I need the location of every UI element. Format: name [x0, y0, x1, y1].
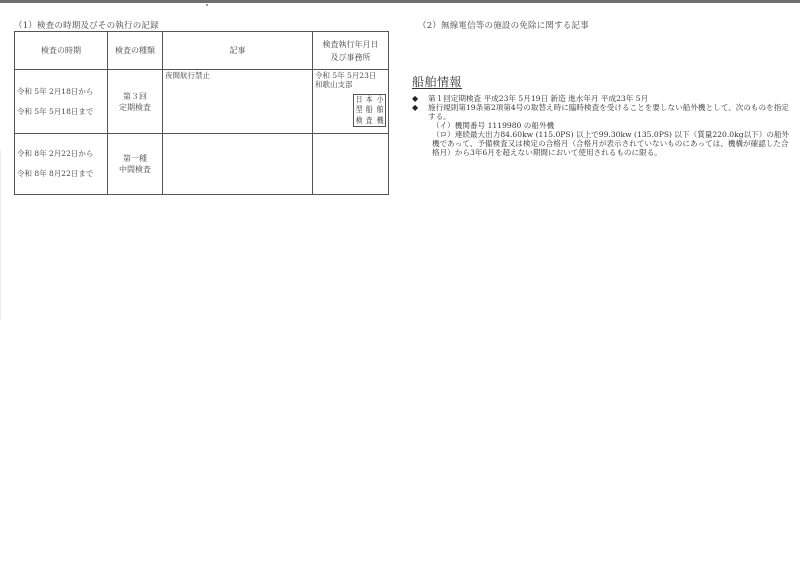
inspection-period: 令和 8年 2月22日から 令和 8年 8月22日まで	[15, 134, 108, 195]
inspection-type: 第一種 中間検査	[108, 134, 163, 195]
period-to: 令和 5年 5月18日まで	[17, 102, 107, 122]
list-item-text: 施行規則第19条第2項第4号の取替え時に臨時検査を受けることを要しない船外機とし…	[428, 103, 789, 121]
seal-glyph: 査	[365, 116, 374, 126]
period-from: 令和 8年 2月22日から	[17, 144, 107, 164]
seal-glyph: 舶	[375, 105, 384, 115]
diamond-bullet-icon: ◆	[412, 94, 418, 103]
header-notes: 記事	[163, 32, 313, 70]
inspection-type-line2: 中間検査	[108, 164, 162, 175]
ship-info-list: ◆ 第１回定期検査 平成23年 5月19日 新造 進水年月 平成23年 5月 ◆…	[412, 94, 792, 157]
table-header-row: 検査の時期 検査の種類 記事 検査執行年月日 及び事務所	[15, 32, 389, 70]
exec-date-office	[313, 134, 389, 195]
inspection-type-line1: 第３回	[108, 91, 162, 102]
inspection-note	[163, 134, 313, 195]
seal-glyph: 船	[365, 105, 374, 115]
exec-date-office: 令和 5年 5月23日 和歌山支部 日本小型船舶検査機	[313, 70, 389, 134]
exec-office: 和歌山支部	[315, 80, 386, 89]
inspection-record-table: 検査の時期 検査の種類 記事 検査執行年月日 及び事務所 令和 5年 2月18日…	[14, 31, 389, 195]
section-2-title: （2）無線電信等の施設の免除に関する記事	[418, 19, 589, 31]
header-inspection-period: 検査の時期	[15, 32, 108, 70]
seal-glyph: 本	[365, 95, 374, 105]
seal-glyph: 日	[355, 95, 364, 105]
table-row: 令和 8年 2月22日から 令和 8年 8月22日まで 第一種 中間検査	[15, 134, 389, 195]
list-item: ◆ 施行規則第19条第2項第4号の取替え時に臨時検査を受けることを要しない船外機…	[412, 103, 792, 157]
inspection-type: 第３回 定期検査	[108, 70, 163, 134]
inspection-type-line1: 第一種	[108, 153, 162, 164]
inspection-type-line2: 定期検査	[108, 102, 162, 113]
period-to: 令和 8年 8月22日まで	[17, 164, 107, 184]
scan-left-edge	[0, 150, 1, 320]
seal-glyph: 検	[355, 116, 364, 126]
scan-speck	[206, 4, 208, 6]
header-inspection-type: 検査の種類	[108, 32, 163, 70]
sub-item-engine-number: （イ）機関番号 1119980 の船外機	[428, 121, 792, 130]
diamond-bullet-icon: ◆	[412, 103, 418, 112]
seal-glyph: 機	[375, 116, 384, 126]
table-row: 令和 5年 2月18日から 令和 5年 5月18日まで 第３回 定期検査 夜間航…	[15, 70, 389, 134]
period-from: 令和 5年 2月18日から	[17, 82, 107, 102]
exec-date: 令和 5年 5月23日	[315, 71, 386, 80]
sub-item-output-range: （ロ）連続最大出力84.60kw (115.0PS) 以上で99.30kw (1…	[428, 130, 792, 157]
section-1-title: （1）検査の時期及びその執行の記録	[14, 19, 159, 31]
seal-glyph: 小	[375, 95, 384, 105]
header-exec-date-office: 検査執行年月日 及び事務所	[313, 32, 389, 70]
seal-glyph: 型	[355, 105, 364, 115]
inspection-period: 令和 5年 2月18日から 令和 5年 5月18日まで	[15, 70, 108, 134]
list-item-text: 第１回定期検査 平成23年 5月19日 新造 進水年月 平成23年 5月	[428, 94, 648, 103]
scan-top-edge	[0, 0, 800, 3]
inspection-note: 夜間航行禁止	[163, 70, 313, 134]
ship-info-title: 船舶情報	[412, 73, 462, 90]
list-item: ◆ 第１回定期検査 平成23年 5月19日 新造 進水年月 平成23年 5月	[412, 94, 792, 103]
official-seal-stamp: 日本小型船舶検査機	[353, 94, 386, 127]
